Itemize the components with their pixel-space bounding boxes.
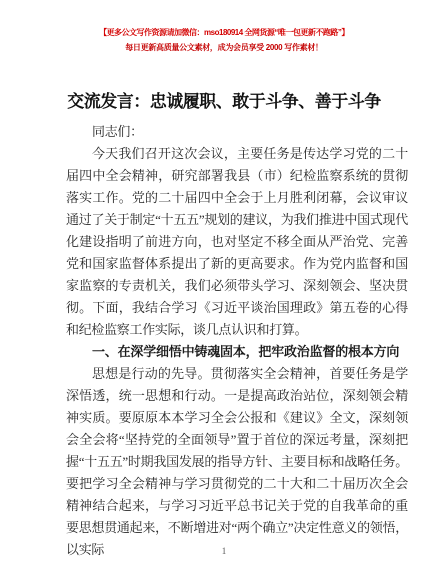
document-page: 【更多公文写作资源请加微信：mso180914 全网货源“唯一包更新不跑路”】 … <box>0 0 448 580</box>
promo-banner-line-2: 每日更新高质量公文素材，成为会员享受 2000 写作素材！ <box>0 42 448 54</box>
page-number: 1 <box>0 546 448 556</box>
body-paragraph-1: 今天我们召开这次会议，主要任务是传达学习党的二十届四中全会精神，研究部署我县（市… <box>66 143 408 341</box>
body-paragraph-2: 思想是行动的先导。贯彻落实全会精神，首要任务是学深悟透，统一思想和行动。一是提高… <box>66 363 408 561</box>
section-heading-1: 一、在深学细悟中铸魂固本，把牢政治监督的根本方向 <box>66 341 408 363</box>
document-title: 交流发言：忠诚履职、敢于斗争、善于斗争 <box>0 87 448 112</box>
promo-banner-line-1: 【更多公文写作资源请加微信：mso180914 全网货源“唯一包更新不跑路”】 <box>0 27 448 39</box>
document-body: 同志们： 今天我们召开这次会议，主要任务是传达学习党的二十届四中全会精神，研究部… <box>66 121 408 561</box>
promo-banner: 【更多公文写作资源请加微信：mso180914 全网货源“唯一包更新不跑路”】 … <box>0 0 448 54</box>
salutation-paragraph: 同志们： <box>66 121 408 143</box>
